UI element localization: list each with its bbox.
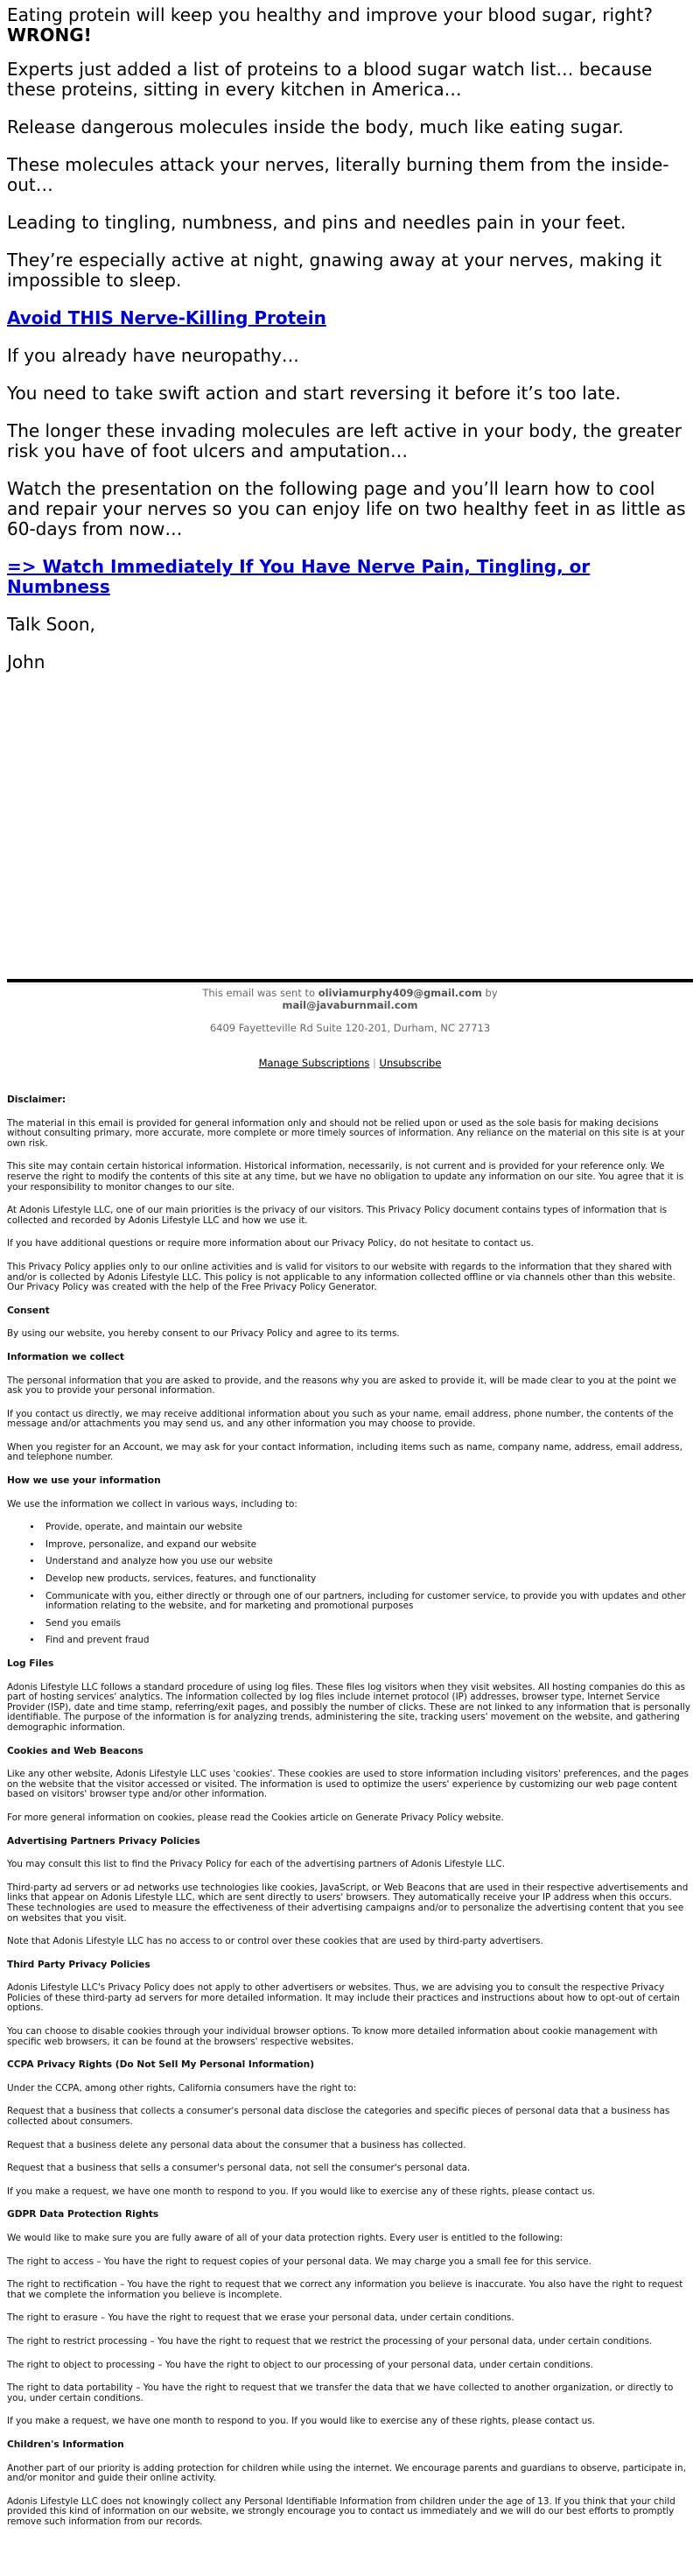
sent-to-line: This email was sent to oliviamurphy409@g… (0, 987, 700, 1011)
legal-paragraph: Like any other website, Adonis Lifestyle… (7, 1770, 693, 1800)
unsubscribe-link[interactable]: Unsubscribe (380, 1057, 442, 1069)
legal-paragraph: Adonis Lifestyle LLC's Privacy Policy do… (7, 1983, 693, 2014)
signature: John (7, 652, 693, 672)
use-list-item: Improve, personalize, and expand our web… (42, 1540, 693, 1551)
manage-subscriptions-link[interactable]: Manage Subscriptions (259, 1057, 370, 1069)
use-list-item: Provide, operate, and maintain our websi… (42, 1523, 693, 1533)
legal-paragraph: This site may contain certain historical… (7, 1162, 693, 1193)
legal-paragraph: You can choose to disable cookies throug… (7, 2027, 693, 2047)
log-files-paragraphs: Adonis Lifestyle LLC follows a standard … (7, 1683, 693, 1734)
ccpa-paragraphs: Under the CCPA, among other rights, Cali… (7, 2084, 693, 2198)
legal-paragraph: Adonis Lifestyle LLC follows a standard … (7, 1683, 693, 1734)
blank-spacer (7, 690, 693, 979)
email-body: Eating protein will keep you healthy and… (0, 0, 700, 979)
paragraph-group-a: Experts just added a list of proteins to… (7, 60, 693, 291)
body-paragraph: They’re especially active at night, gnaw… (7, 250, 693, 291)
legal-paragraph: The right to erasure – You have the righ… (7, 2313, 693, 2324)
legal-paragraph: If you make a request, we have one month… (7, 2417, 693, 2427)
mailing-address: 6409 Fayetteville Rd Suite 120-201, Durh… (0, 1022, 700, 1034)
cookies-heading: Cookies and Web Beacons (7, 1747, 693, 1757)
gdpr-heading: GDPR Data Protection Rights (7, 2210, 693, 2221)
legal-paragraph: If you have additional questions or requ… (7, 1239, 693, 1249)
legal-paragraph: If you contact us directly, we may recei… (7, 1410, 693, 1430)
avoid-protein-link[interactable]: Avoid THIS Nerve-Killing Protein (7, 307, 326, 328)
use-list-item: Develop new products, services, features… (42, 1574, 693, 1585)
use-list-item: Find and prevent fraud (42, 1636, 693, 1646)
subscription-links: Manage Subscriptions | Unsubscribe (0, 1057, 700, 1069)
body-paragraph: If you already have neuropathy… (7, 346, 693, 366)
legal-paragraph: Request that a business delete any perso… (7, 2141, 693, 2151)
link-separator: | (373, 1057, 376, 1069)
link-paragraph-1: Avoid THIS Nerve-Killing Protein (7, 308, 693, 328)
collect-heading: Information we collect (7, 1353, 693, 1363)
legal-paragraph: The personal information that you are as… (7, 1376, 693, 1397)
footer-divider (7, 979, 693, 982)
cookies-paragraphs: Like any other website, Adonis Lifestyle… (7, 1770, 693, 1823)
gdpr-paragraphs: We would like to make sure you are fully… (7, 2234, 693, 2427)
legal-paragraph: Another part of our priority is adding p… (7, 2464, 693, 2484)
legal-paragraph: Under the CCPA, among other rights, Cali… (7, 2084, 693, 2094)
intro-paragraph: Eating protein will keep you healthy and… (7, 5, 693, 46)
legal-paragraph: By using our website, you hereby consent… (7, 1329, 693, 1340)
sent-prefix: This email was sent to (202, 987, 315, 999)
children-paragraphs: Another part of our priority is adding p… (7, 2464, 693, 2528)
legal-paragraph: The right to access – You have the right… (7, 2257, 693, 2268)
sender-email: mail@javaburnmail.com (282, 999, 417, 1011)
recipient-email: oliviamurphy409@gmail.com (318, 987, 482, 999)
disclaimer-heading: Disclaimer: (7, 1095, 693, 1106)
legal-paragraph: Note that Adonis Lifestyle LLC has no ac… (7, 1937, 693, 1947)
consent-paragraphs: By using our website, you hereby consent… (7, 1329, 693, 1340)
legal-paragraph: This Privacy Policy applies only to our … (7, 1263, 693, 1293)
use-list-item: Communicate with you, either directly or… (42, 1592, 693, 1612)
legal-paragraph: The material in this email is provided f… (7, 1119, 693, 1150)
legal-paragraph: If you make a request, we have one month… (7, 2187, 693, 2198)
third-party-heading: Third Party Privacy Policies (7, 1960, 693, 1971)
legal-paragraph: The right to restrict processing – You h… (7, 2337, 693, 2347)
disclaimer-paragraphs: The material in this email is provided f… (7, 1119, 693, 1293)
legal-paragraph: For more general information on cookies,… (7, 1813, 693, 1824)
legal-paragraph: Request that a business that sells a con… (7, 2164, 693, 2174)
sent-by: by (486, 987, 498, 999)
email-footer: This email was sent to oliviamurphy409@g… (0, 985, 700, 1069)
ccpa-heading: CCPA Privacy Rights (Do Not Sell My Pers… (7, 2060, 693, 2071)
body-paragraph: You need to take swift action and start … (7, 384, 693, 404)
link-paragraph-2: => Watch Immediately If You Have Nerve P… (7, 557, 693, 597)
body-paragraph: These molecules attack your nerves, lite… (7, 155, 693, 195)
ad-partners-paragraphs: You may consult this list to find the Pr… (7, 1860, 693, 1947)
use-heading: How we use your information (7, 1476, 693, 1487)
paragraph-group-b: If you already have neuropathy…You need … (7, 346, 693, 539)
signoff: Talk Soon, (7, 615, 693, 635)
use-list-item: Understand and analyze how you use our w… (42, 1557, 693, 1567)
use-intro: We use the information we collect in var… (7, 1500, 693, 1510)
collect-paragraphs: The personal information that you are as… (7, 1376, 693, 1464)
log-files-heading: Log Files (7, 1659, 693, 1670)
legal-section: Disclaimer: The material in this email i… (0, 1080, 700, 2576)
body-paragraph: Leading to tingling, numbness, and pins … (7, 213, 693, 233)
legal-paragraph: We would like to make sure you are fully… (7, 2234, 693, 2244)
third-party-paragraphs: Adonis Lifestyle LLC's Privacy Policy do… (7, 1983, 693, 2047)
watch-presentation-link[interactable]: => Watch Immediately If You Have Nerve P… (7, 556, 590, 597)
body-paragraph: The longer these invading molecules are … (7, 421, 693, 461)
legal-paragraph: Request that a business that collects a … (7, 2107, 693, 2127)
legal-paragraph: The right to data portability – You have… (7, 2383, 693, 2404)
legal-paragraph: At Adonis Lifestyle LLC, one of our main… (7, 1206, 693, 1226)
body-paragraph: Watch the presentation on the following … (7, 479, 693, 539)
ad-partners-heading: Advertising Partners Privacy Policies (7, 1837, 693, 1848)
consent-heading: Consent (7, 1306, 693, 1317)
use-list-item: Send you emails (42, 1619, 693, 1629)
legal-paragraph: The right to object to processing – You … (7, 2361, 693, 2371)
legal-paragraph: Third-party ad servers or ad networks us… (7, 1883, 693, 1924)
intro-line: Eating protein will keep you healthy and… (7, 4, 653, 25)
legal-paragraph: The right to rectification – You have th… (7, 2280, 693, 2300)
use-list: Provide, operate, and maintain our websi… (7, 1523, 693, 1646)
intro-bold: WRONG! (7, 25, 92, 46)
legal-paragraph: When you register for an Account, we may… (7, 1443, 693, 1463)
legal-paragraph: Adonis Lifestyle LLC does not knowingly … (7, 2497, 693, 2528)
body-paragraph: Release dangerous molecules inside the b… (7, 117, 693, 137)
legal-paragraph: You may consult this list to find the Pr… (7, 1860, 693, 1870)
body-paragraph: Experts just added a list of proteins to… (7, 60, 693, 100)
children-heading: Children's Information (7, 2440, 693, 2451)
